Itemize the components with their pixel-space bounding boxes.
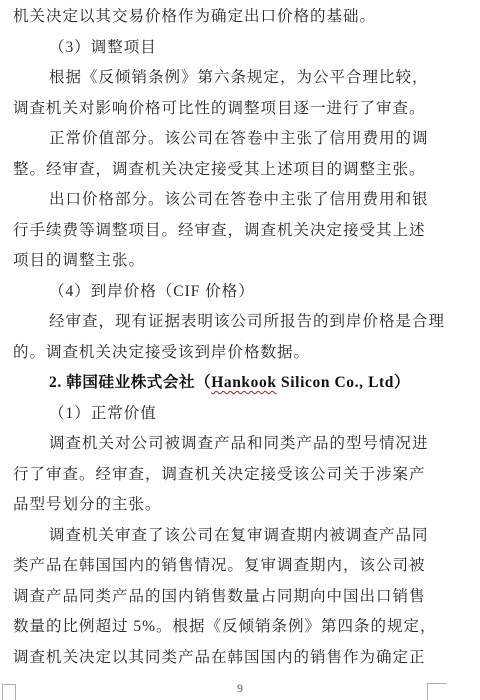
text-line: 行手续费等调整项目。经审查，调查机关决定接受其上述 bbox=[13, 216, 458, 247]
misspelled-word: Hankook bbox=[211, 374, 276, 391]
company-heading-english: Silicon Co., Ltd） bbox=[277, 374, 411, 391]
subheading-normal-value: （1）正常价值 bbox=[13, 399, 458, 430]
company-heading-chinese: 2. 韩国硅业株式会社（ bbox=[49, 374, 211, 391]
text-boundary-mark-bottom-left-icon bbox=[2, 684, 16, 700]
text-line: 出口价格部分。该公司在答卷中主张了信用费用和银 bbox=[13, 185, 458, 216]
text-line: 行了审查。经审查，调查机关决定接受该公司关于涉案产 bbox=[13, 460, 458, 491]
text-line: 调查机关审查了该公司在复审调查期内被调查产品同 bbox=[13, 521, 458, 552]
text-line: 整。经审查，调查机关决定接受其上述项目的调整主张。 bbox=[13, 155, 458, 186]
text-line: 品型号划分的主张。 bbox=[13, 490, 458, 521]
text-line: 调查机关对公司被调查产品和同类产品的型号情况进 bbox=[13, 429, 458, 460]
text-boundary-mark-bottom-right-icon bbox=[427, 683, 447, 700]
subheading-cif-price: （4）到岸价格（CIF 价格） bbox=[13, 277, 458, 308]
text-line: 根据《反倾销条例》第六条规定，为公平合理比较， bbox=[13, 63, 458, 94]
text-line: 正常价值部分。该公司在答卷中主张了信用费用的调 bbox=[13, 124, 458, 155]
company-heading: 2. 韩国硅业株式会社（Hankook Silicon Co., Ltd） bbox=[13, 368, 458, 399]
subheading-adjustment-items: （3）调整项目 bbox=[13, 33, 458, 64]
text-line: 机关决定以其交易价格作为确定出口价格的基础。 bbox=[13, 2, 458, 33]
text-line: 的。调查机关决定接受该到岸价格数据。 bbox=[13, 338, 458, 369]
text-line: 数量的比例超过 5%。根据《反倾销条例》第四条的规定， bbox=[13, 612, 458, 643]
text-line: 经审查，现有证据表明该公司所报告的到岸价格是合理 bbox=[13, 307, 458, 338]
text-line: 类产品在韩国国内的销售情况。复审调查期内，该公司被 bbox=[13, 551, 458, 582]
text-line: 项目的调整主张。 bbox=[13, 246, 458, 277]
page-number: 9 bbox=[0, 681, 480, 696]
document-page: 机关决定以其交易价格作为确定出口价格的基础。 （3）调整项目 根据《反倾销条例》… bbox=[0, 0, 480, 700]
document-body-text: 机关决定以其交易价格作为确定出口价格的基础。 （3）调整项目 根据《反倾销条例》… bbox=[13, 2, 458, 673]
text-line: 调查机关对影响价格可比性的调整项目逐一进行了审查。 bbox=[13, 94, 458, 125]
text-line: 调查产品同类产品的国内销售数量占同期向中国出口销售 bbox=[13, 582, 458, 613]
text-line: 调查机关决定以其同类产品在韩国国内的销售作为确定正 bbox=[13, 643, 458, 674]
